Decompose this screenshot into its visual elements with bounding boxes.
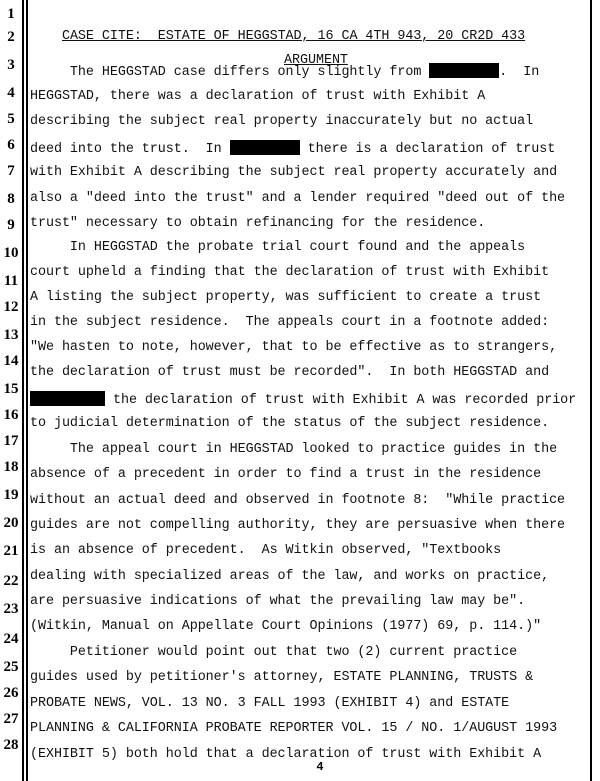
text-line: with Exhibit A describing the subject re… (30, 165, 557, 180)
text-line: without an actual deed and observed in f… (30, 493, 565, 508)
line-number: 11 (2, 273, 20, 290)
text-line: HEGGSTAD, there was a declaration of tru… (30, 89, 485, 104)
line-number: 14 (2, 353, 20, 370)
line-number: 8 (2, 191, 20, 208)
line-number: 16 (2, 407, 20, 424)
line-number: 20 (2, 515, 20, 532)
left-margin-rule (22, 0, 24, 781)
left-margin-rule-inner (26, 0, 28, 781)
line-number: 15 (2, 381, 20, 398)
text-line: "We hasten to note, however, that to be … (30, 340, 557, 355)
line-number: 24 (2, 631, 20, 648)
line-number: 17 (2, 433, 20, 450)
line-number: 6 (2, 137, 20, 154)
line-number: 25 (2, 659, 20, 676)
line-number: 21 (2, 543, 20, 560)
right-margin-rule (590, 0, 592, 781)
line-number: 7 (2, 163, 20, 180)
text-line: PLANNING & CALIFORNIA PROBATE REPORTER V… (30, 721, 557, 736)
text-line: The appeal court in HEGGSTAD looked to p… (30, 442, 557, 457)
line-number: 13 (2, 327, 20, 344)
redaction-box (230, 140, 300, 155)
line-number: 19 (2, 487, 20, 504)
line-number: 27 (2, 711, 20, 728)
line-number: 26 (2, 685, 20, 702)
text-line: Petitioner would point out that two (2) … (30, 645, 517, 660)
text-line: court upheld a finding that the declarat… (30, 265, 549, 280)
text-line: describing the subject real property ina… (30, 114, 533, 129)
line-number: 23 (2, 601, 20, 618)
text-line: to judicial determination of the status … (30, 416, 549, 431)
text-line: The HEGGSTAD case differs only slightly … (30, 63, 539, 80)
page-number: 4 (0, 760, 600, 774)
line-number: 28 (2, 737, 20, 754)
text-line: absence of a precedent in order to find … (30, 467, 541, 482)
text-line: the declaration of trust with Exhibit A … (30, 391, 576, 408)
text-line: In HEGGSTAD the probate trial court foun… (30, 240, 525, 255)
text-line: in the subject residence. The appeals co… (30, 315, 549, 330)
line-number: 18 (2, 459, 20, 476)
text-line: A listing the subject property, was suff… (30, 290, 541, 305)
legal-pleading-page: 1234567891011121314151617181920212223242… (0, 0, 600, 781)
text-line: guides used by petitioner's attorney, ES… (30, 670, 533, 685)
line-number: 5 (2, 111, 20, 128)
text-line: trust" necessary to obtain refinancing f… (30, 216, 485, 231)
text-line: PROBATE NEWS, VOL. 13 NO. 3 FALL 1993 (E… (30, 696, 509, 711)
text-line: is an absence of precedent. As Witkin ob… (30, 543, 501, 558)
text-line: deed into the trust. In there is a decla… (30, 140, 555, 157)
line-number: 9 (2, 217, 20, 234)
text-line: guides are not compelling authority, the… (30, 518, 565, 533)
text-line: (Witkin, Manual on Appellate Court Opini… (30, 619, 541, 634)
line-number: 22 (2, 573, 20, 590)
redaction-box (30, 391, 105, 406)
text-line: are persuasive indications of what the p… (30, 594, 525, 609)
line-number: 12 (2, 299, 20, 316)
redaction-box (429, 63, 499, 78)
text-line: dealing with specialized areas of the la… (30, 569, 549, 584)
text-line: also a "deed into the trust" and a lende… (30, 191, 565, 206)
line-number: 10 (2, 245, 20, 262)
line-number: 1 (2, 6, 20, 23)
line-number: 4 (2, 85, 20, 102)
text-line: the declaration of trust must be recorde… (30, 365, 549, 380)
